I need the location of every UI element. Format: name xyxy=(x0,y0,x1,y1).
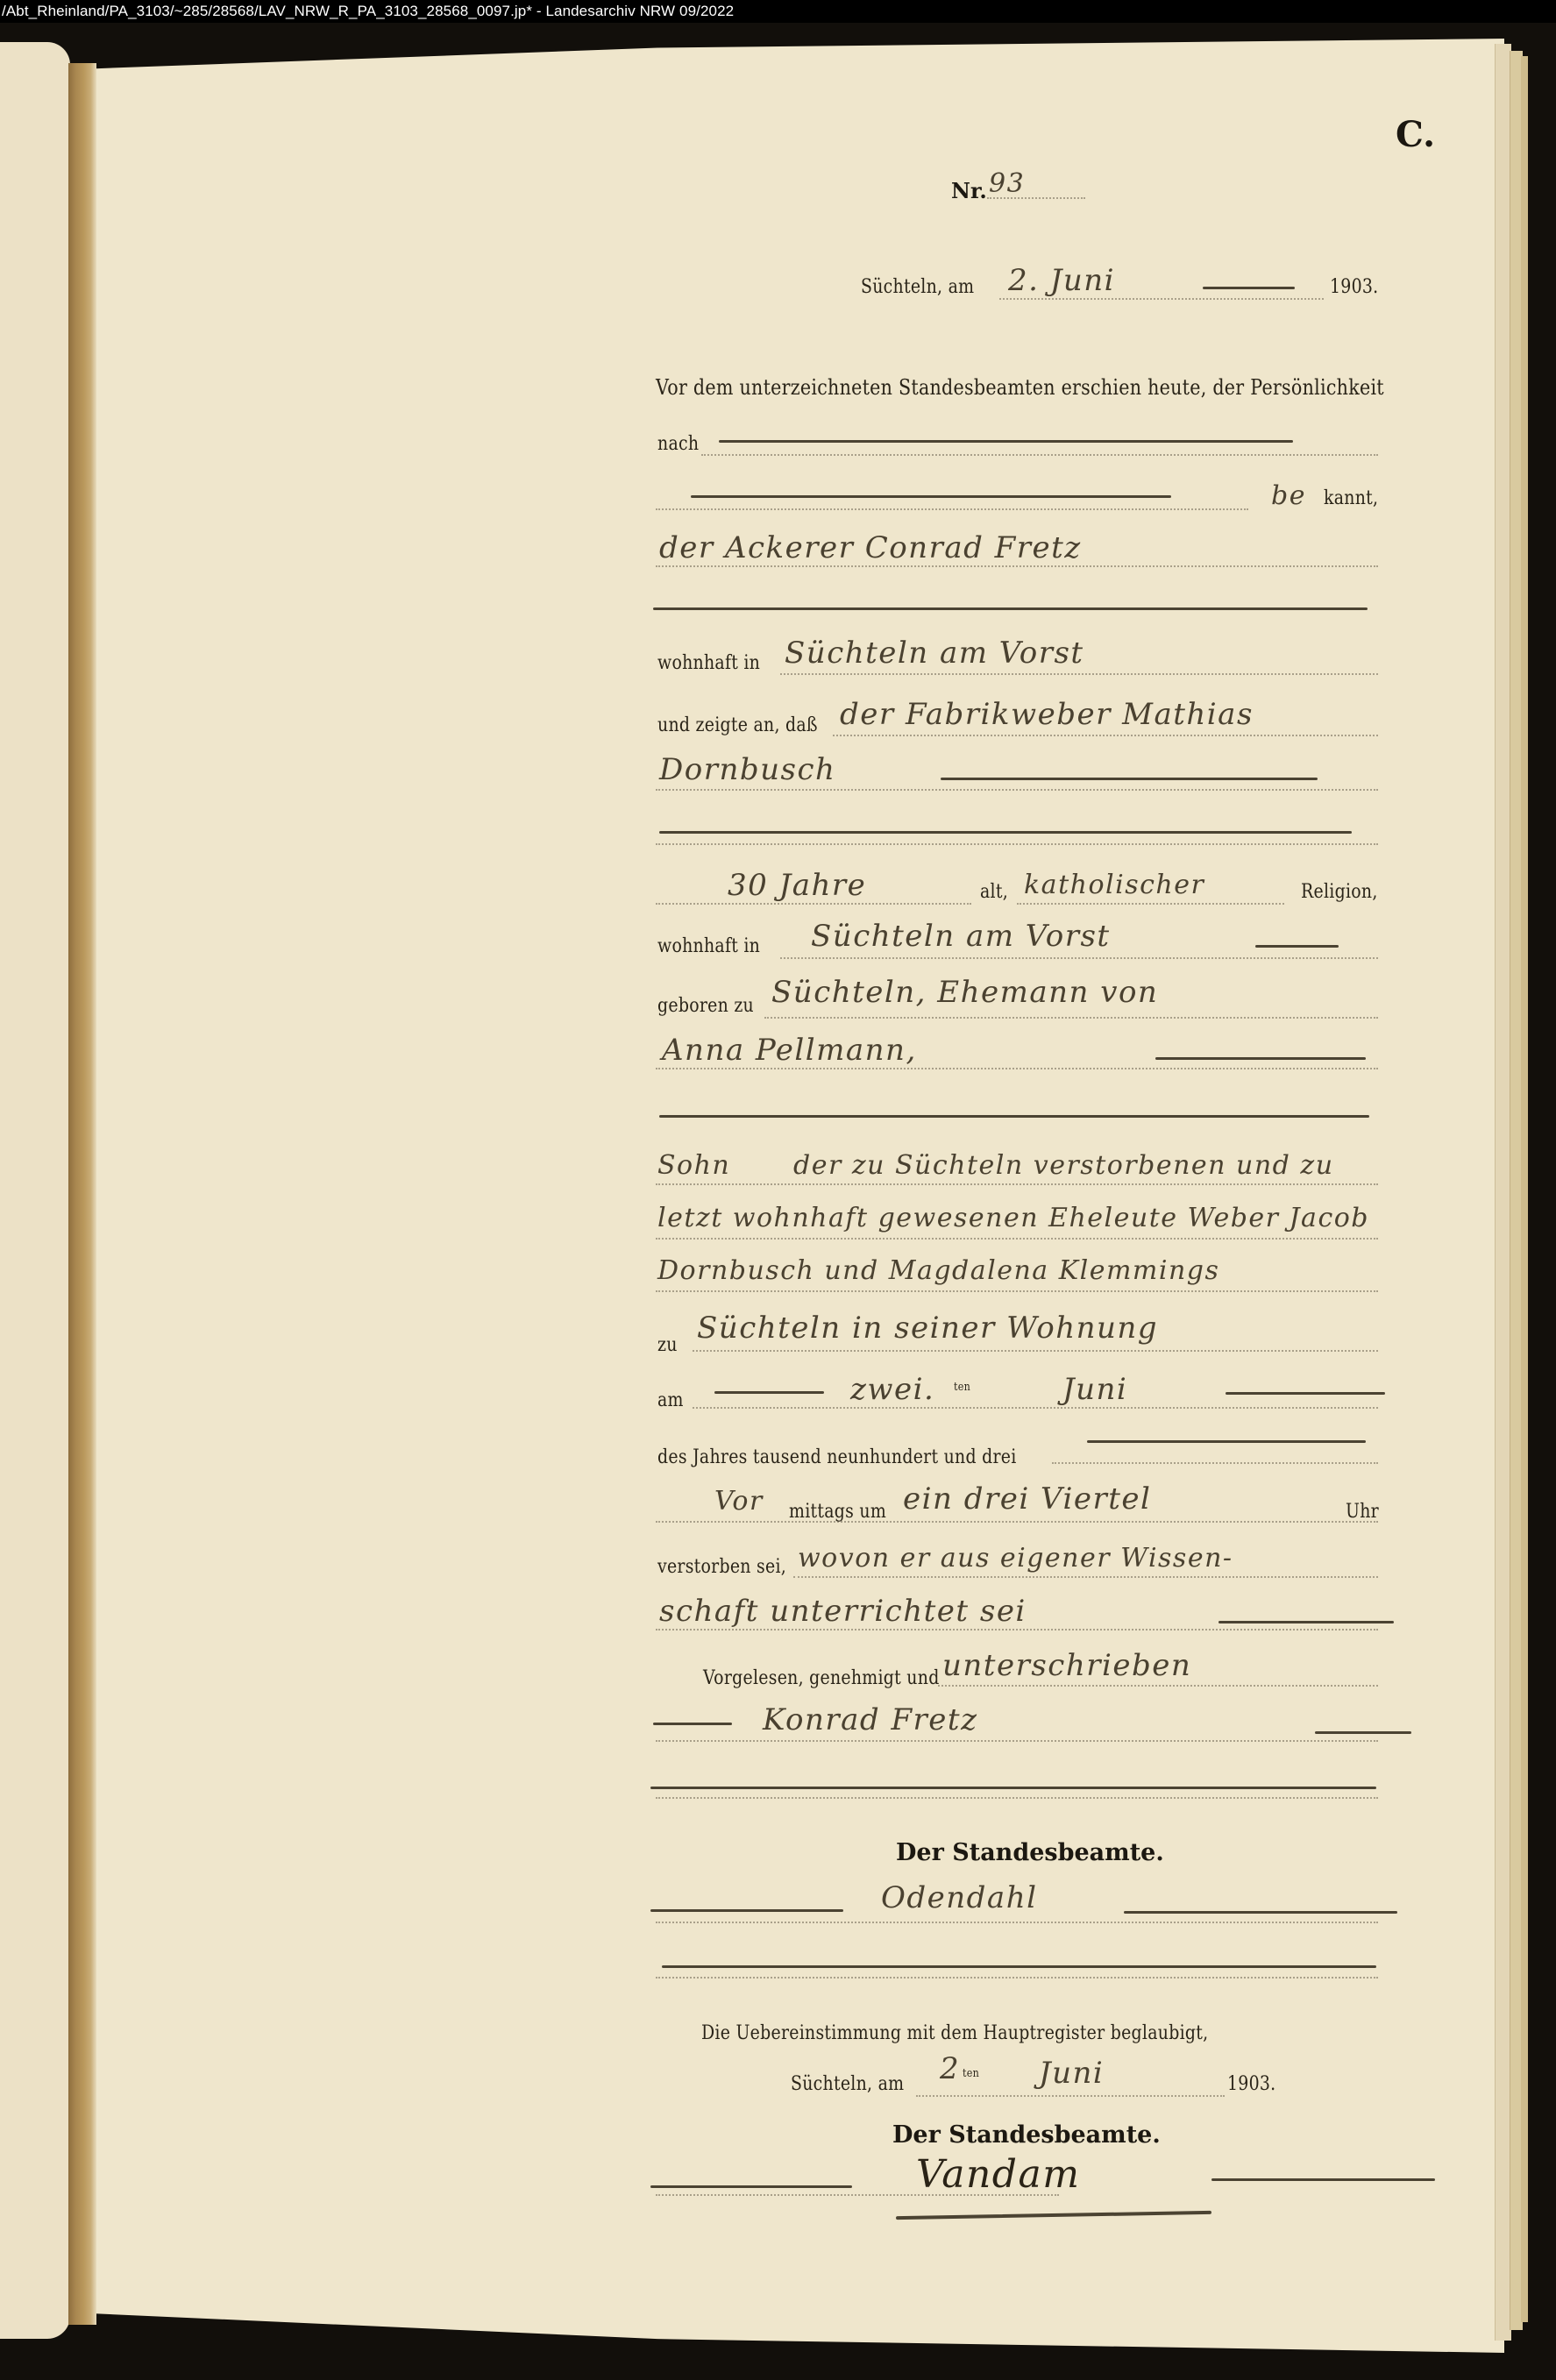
dotted-line xyxy=(780,957,1378,959)
left-page-edge xyxy=(0,42,70,2339)
dotted-line xyxy=(656,1629,1378,1630)
date-suffix: ten xyxy=(954,1381,970,1394)
place-label: zu xyxy=(657,1334,678,1356)
fill-rule xyxy=(1226,1392,1385,1395)
informant-residence-label: wohnhaft in xyxy=(657,652,760,674)
dotted-line xyxy=(916,2095,1225,2097)
intro-text: Vor dem unterzeichneten Standesbeamten e… xyxy=(656,375,1384,400)
time-unit: Uhr xyxy=(1346,1501,1379,1523)
informant-name: der Ackerer Conrad Fretz xyxy=(659,530,1082,565)
fill-rule xyxy=(659,831,1352,834)
approved-value: unterschrieben xyxy=(942,1648,1191,1683)
registrar-signature: Odendahl xyxy=(881,1880,1037,1915)
parents-line-3: Dornbusch und Magdalena Klemmings xyxy=(657,1255,1219,1286)
dotted-line xyxy=(656,1238,1378,1240)
fill-rule xyxy=(659,1115,1369,1118)
dotted-line xyxy=(693,1407,1378,1409)
time-value: ein drei Viertel xyxy=(903,1481,1151,1517)
bekannt-hand: be xyxy=(1271,480,1306,511)
year-text: des Jahres tausend neunhundert und drei xyxy=(657,1446,1017,1468)
fill-rule xyxy=(714,1391,824,1394)
died-value-line-2: schaft unterrichtet sei xyxy=(659,1594,1027,1629)
approved-label: Vorgelesen, genehmigt und xyxy=(703,1667,940,1689)
fill-rule xyxy=(719,440,1293,443)
dotted-line xyxy=(656,1068,1378,1069)
cert-place: Süchteln, am xyxy=(791,2073,904,2095)
dotted-line xyxy=(656,1977,1378,1979)
fill-rule xyxy=(1211,2178,1435,2181)
place-value: Süchteln in seiner Wohnung xyxy=(697,1311,1158,1346)
dotted-line xyxy=(1052,1462,1378,1464)
entry-number-label: Nr. xyxy=(951,178,987,203)
fill-rule xyxy=(662,1965,1376,1968)
cert-month: Juni xyxy=(1039,2056,1104,2091)
religion-label: Religion, xyxy=(1301,881,1378,903)
fill-rule xyxy=(1219,1621,1394,1623)
section-letter: C. xyxy=(1396,114,1435,155)
fill-rule xyxy=(650,1787,1376,1789)
window-title-bar: /Abt_Rheinland/PA_3103/~285/28568/LAV_NR… xyxy=(0,0,1556,23)
fill-rule xyxy=(1155,1057,1366,1060)
date-day: zwei. xyxy=(850,1372,934,1407)
dotted-line xyxy=(656,1922,1378,1923)
fill-rule xyxy=(1315,1731,1411,1734)
header-year: 1903. xyxy=(1330,276,1378,298)
dotted-line xyxy=(1017,903,1284,905)
time-prefix: Vor xyxy=(714,1486,764,1517)
book-gutter xyxy=(68,63,96,2325)
dotted-line xyxy=(793,1576,1378,1578)
cert-suffix: ten xyxy=(963,2067,979,2080)
header-place: Süchteln, am xyxy=(861,276,974,298)
fill-rule xyxy=(1087,1440,1366,1443)
dotted-line xyxy=(999,298,1324,300)
fill-rule xyxy=(1203,287,1295,289)
informant-residence: Süchteln am Vorst xyxy=(785,636,1084,671)
dotted-line xyxy=(780,673,1378,675)
dotted-line xyxy=(701,454,1378,456)
parents-line-2: letzt wohnhaft gewesenen Eheleute Weber … xyxy=(657,1203,1369,1233)
dotted-line xyxy=(656,1183,1378,1185)
fill-rule xyxy=(1255,945,1339,948)
dotted-line xyxy=(656,1797,1378,1799)
dotted-line xyxy=(656,843,1378,845)
deceased-line-1: der Fabrikweber Mathias xyxy=(840,697,1254,732)
dotted-line xyxy=(656,1290,1378,1292)
fill-rule xyxy=(650,2185,852,2188)
dotted-line xyxy=(656,565,1378,567)
deceased-residence: Süchteln am Vorst xyxy=(811,919,1111,954)
date-label: am xyxy=(657,1389,684,1411)
cert-title: Der Standesbeamte. xyxy=(892,2121,1161,2149)
deceased-line-2: Dornbusch xyxy=(659,752,835,787)
page-stack-edge xyxy=(1521,56,1528,2322)
dotted-line xyxy=(693,1350,1378,1352)
age-value: 30 Jahre xyxy=(728,868,866,903)
born-value: Süchteln, Ehemann von xyxy=(771,975,1158,1010)
fill-rule xyxy=(650,1909,843,1912)
fill-rule xyxy=(1124,1911,1397,1914)
registrar-title: Der Standesbeamte. xyxy=(896,1839,1164,1866)
died-label: verstorben sei, xyxy=(657,1556,786,1578)
fill-rule xyxy=(653,1723,732,1725)
announce-label: und zeigte an, daß xyxy=(657,714,818,736)
fill-rule xyxy=(653,607,1368,610)
dotted-line xyxy=(764,1017,1378,1019)
dotted-line xyxy=(656,1521,1378,1523)
died-value-line-1: wovon er aus eigener Wissen- xyxy=(798,1543,1233,1574)
informant-signature: Konrad Fretz xyxy=(763,1702,978,1737)
dotted-line xyxy=(833,735,1378,736)
dotted-line xyxy=(656,508,1248,510)
cert-day: 2 xyxy=(940,2051,960,2086)
parents-line-1-hand: Sohn xyxy=(657,1150,730,1181)
bekannt-print: kannt, xyxy=(1324,487,1378,509)
certification-text: Die Uebereinstimmung mit dem Hauptregist… xyxy=(701,2022,1208,2044)
dotted-line xyxy=(656,1740,1378,1742)
age-label: alt, xyxy=(980,881,1008,903)
fill-rule xyxy=(941,778,1318,780)
date-month: Juni xyxy=(1062,1372,1127,1407)
cert-signature: Vandam xyxy=(916,2152,1080,2197)
header-day-month: 2. Juni xyxy=(1008,263,1115,298)
fill-rule xyxy=(691,495,1171,498)
deceased-residence-label: wohnhaft in xyxy=(657,935,760,957)
dotted-line xyxy=(656,903,971,905)
born-label: geboren zu xyxy=(657,995,754,1017)
time-label: mittags um xyxy=(789,1501,886,1523)
religion-value: katholischer xyxy=(1024,870,1204,900)
dotted-line xyxy=(938,1685,1378,1687)
nach-label: nach xyxy=(657,433,699,455)
entry-number-value: 93 xyxy=(989,168,1025,199)
spouse-name: Anna Pellmann, xyxy=(662,1033,917,1068)
window-title: /Abt_Rheinland/PA_3103/~285/28568/LAV_NR… xyxy=(2,3,734,19)
cert-year: 1903. xyxy=(1227,2073,1275,2095)
parents-line-1: der zu Süchteln verstorbenen und zu xyxy=(793,1150,1334,1181)
dotted-line xyxy=(656,789,1378,791)
